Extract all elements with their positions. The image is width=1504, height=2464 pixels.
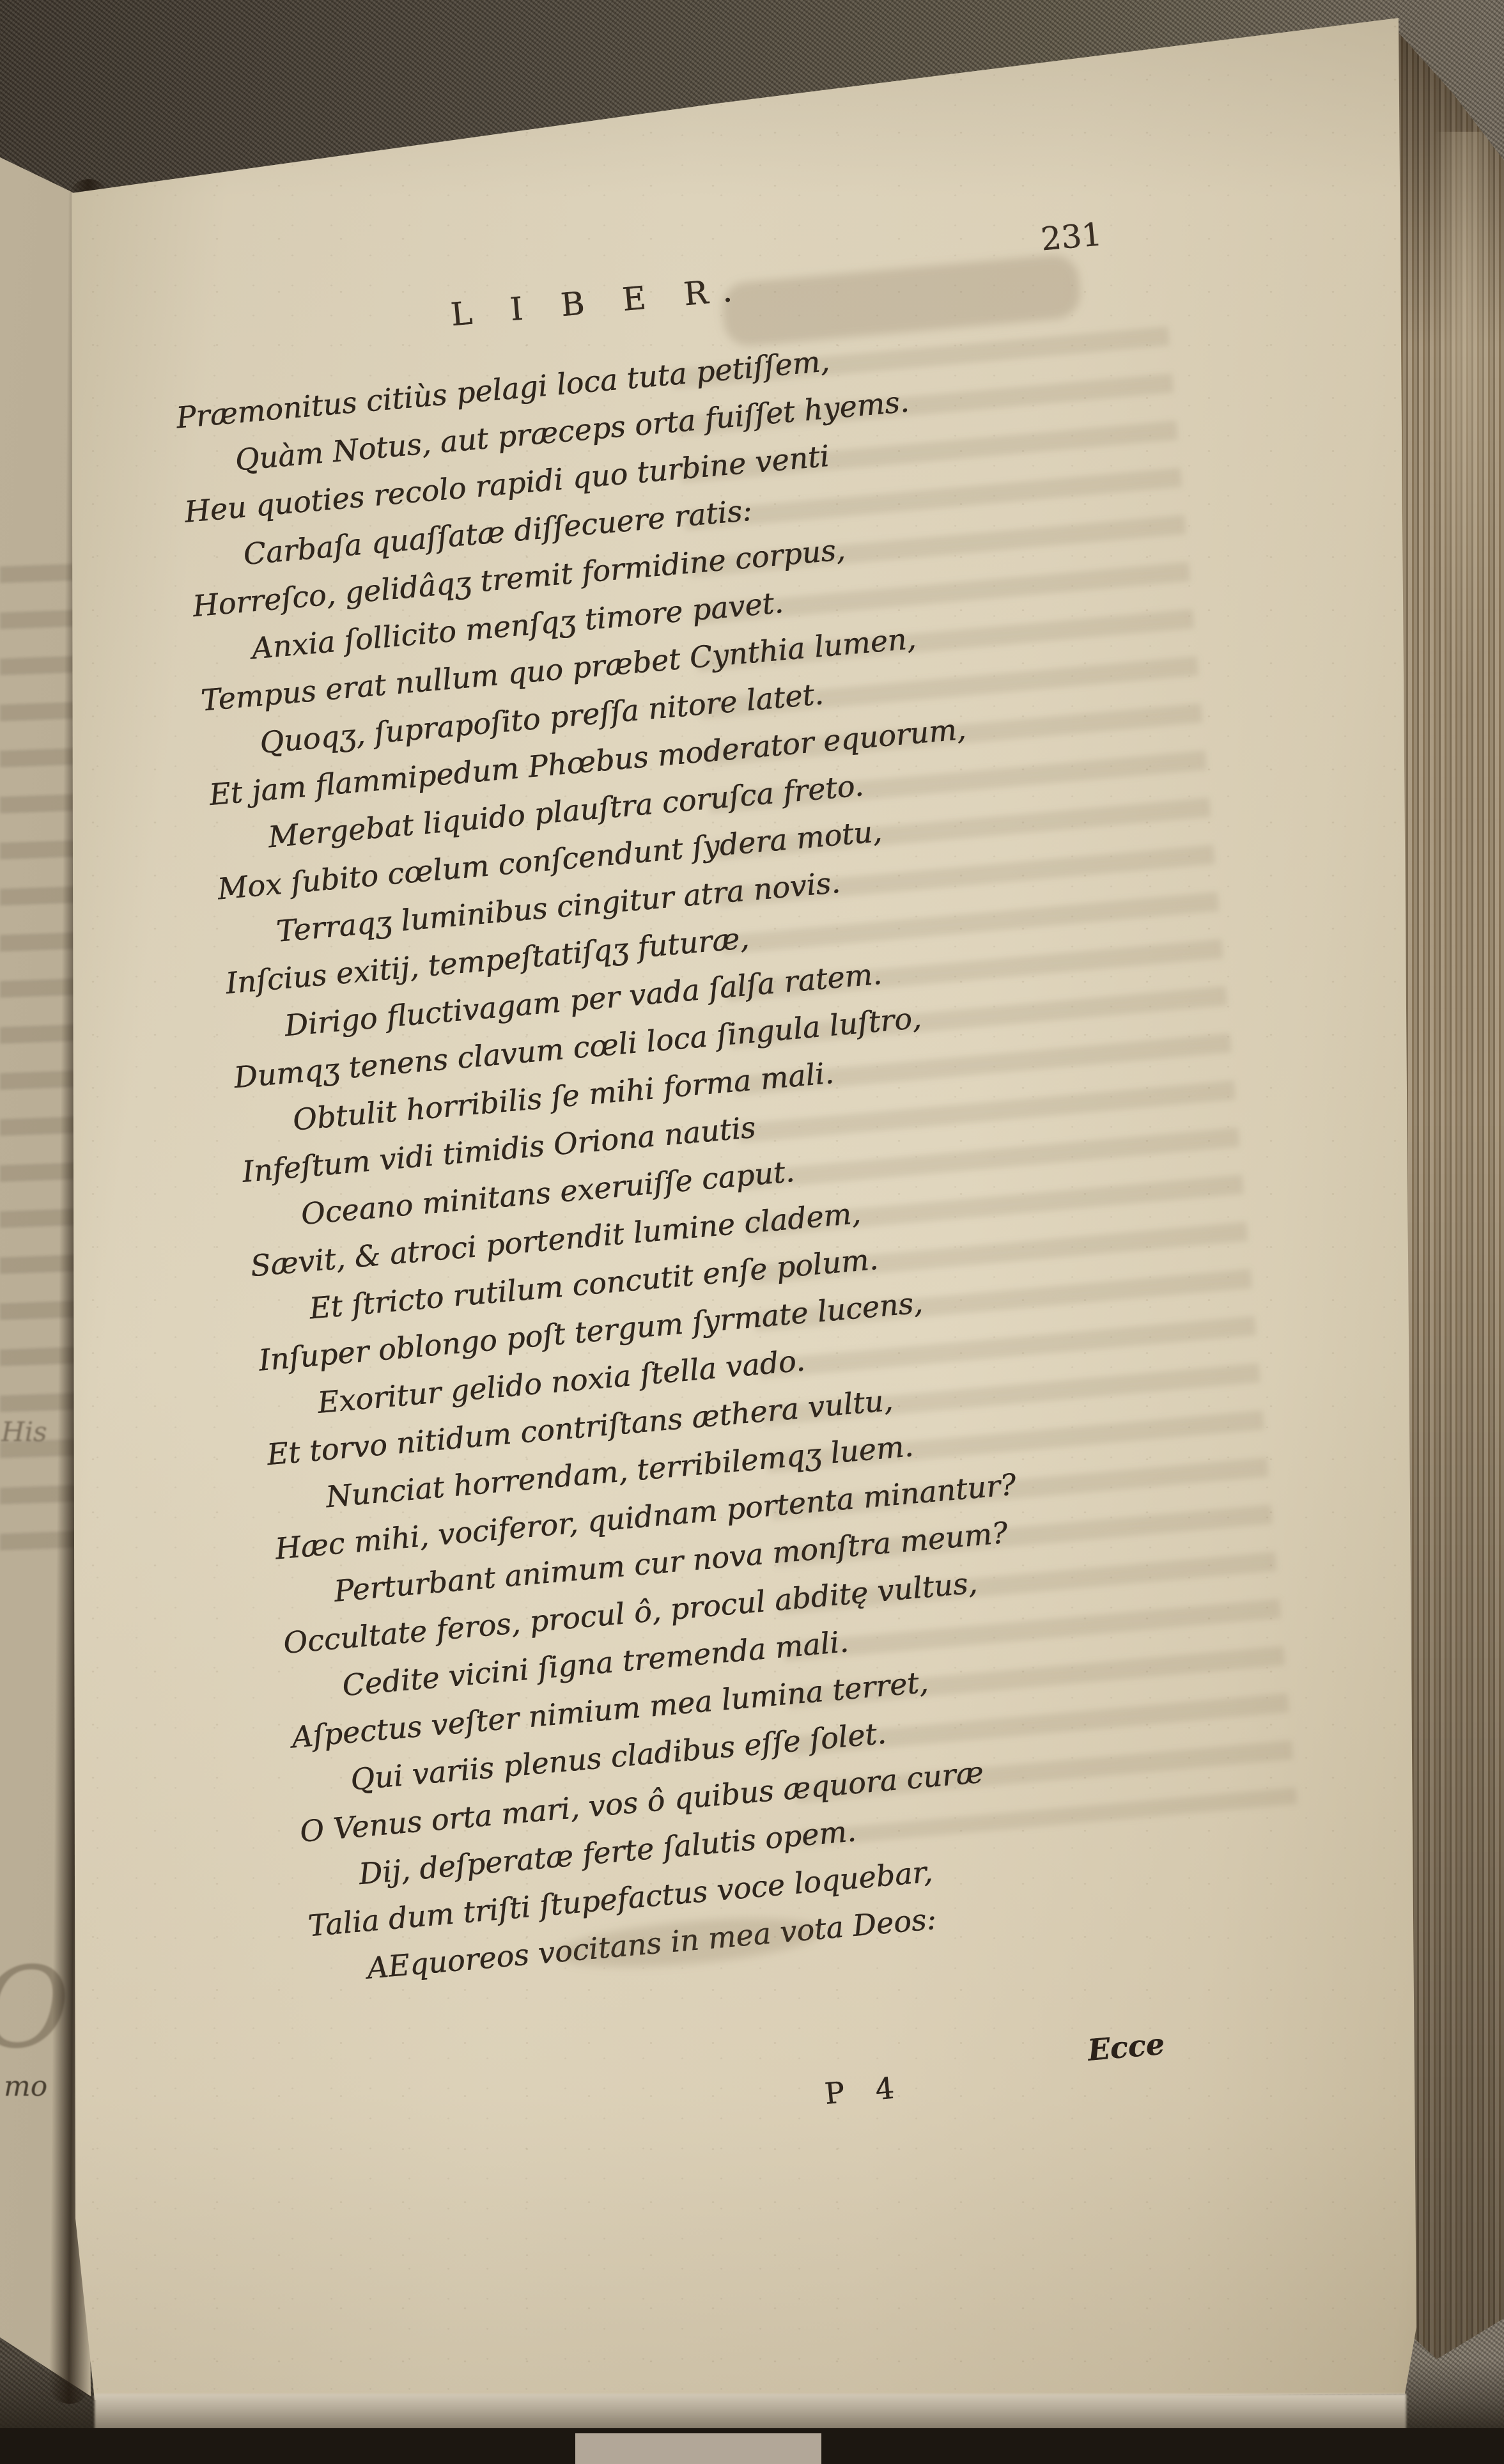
under-pages-edge xyxy=(95,2394,1406,2429)
page-fragment: mo xyxy=(4,2070,47,2103)
running-title: L I B E R. xyxy=(449,270,748,333)
book-photo-scene: HisOmo L I B E R. 231 Præmonitus citiùs … xyxy=(0,0,1504,2464)
tape-strip xyxy=(575,2433,821,2464)
book-page: L I B E R. 231 Præmonitus citiùs pelagi … xyxy=(0,0,1504,2464)
poem: Præmonitus citiùs pelagi loca tuta petiſ… xyxy=(174,328,1071,1997)
signature-mark: P 4 xyxy=(823,2071,895,2111)
printed-sheet: L I B E R. 231 Præmonitus citiùs pelagi … xyxy=(109,180,1504,2329)
catchword: Ecce xyxy=(1086,2027,1166,2068)
page-fragment: His xyxy=(1,1416,47,1447)
page-number: 231 xyxy=(1039,215,1103,258)
